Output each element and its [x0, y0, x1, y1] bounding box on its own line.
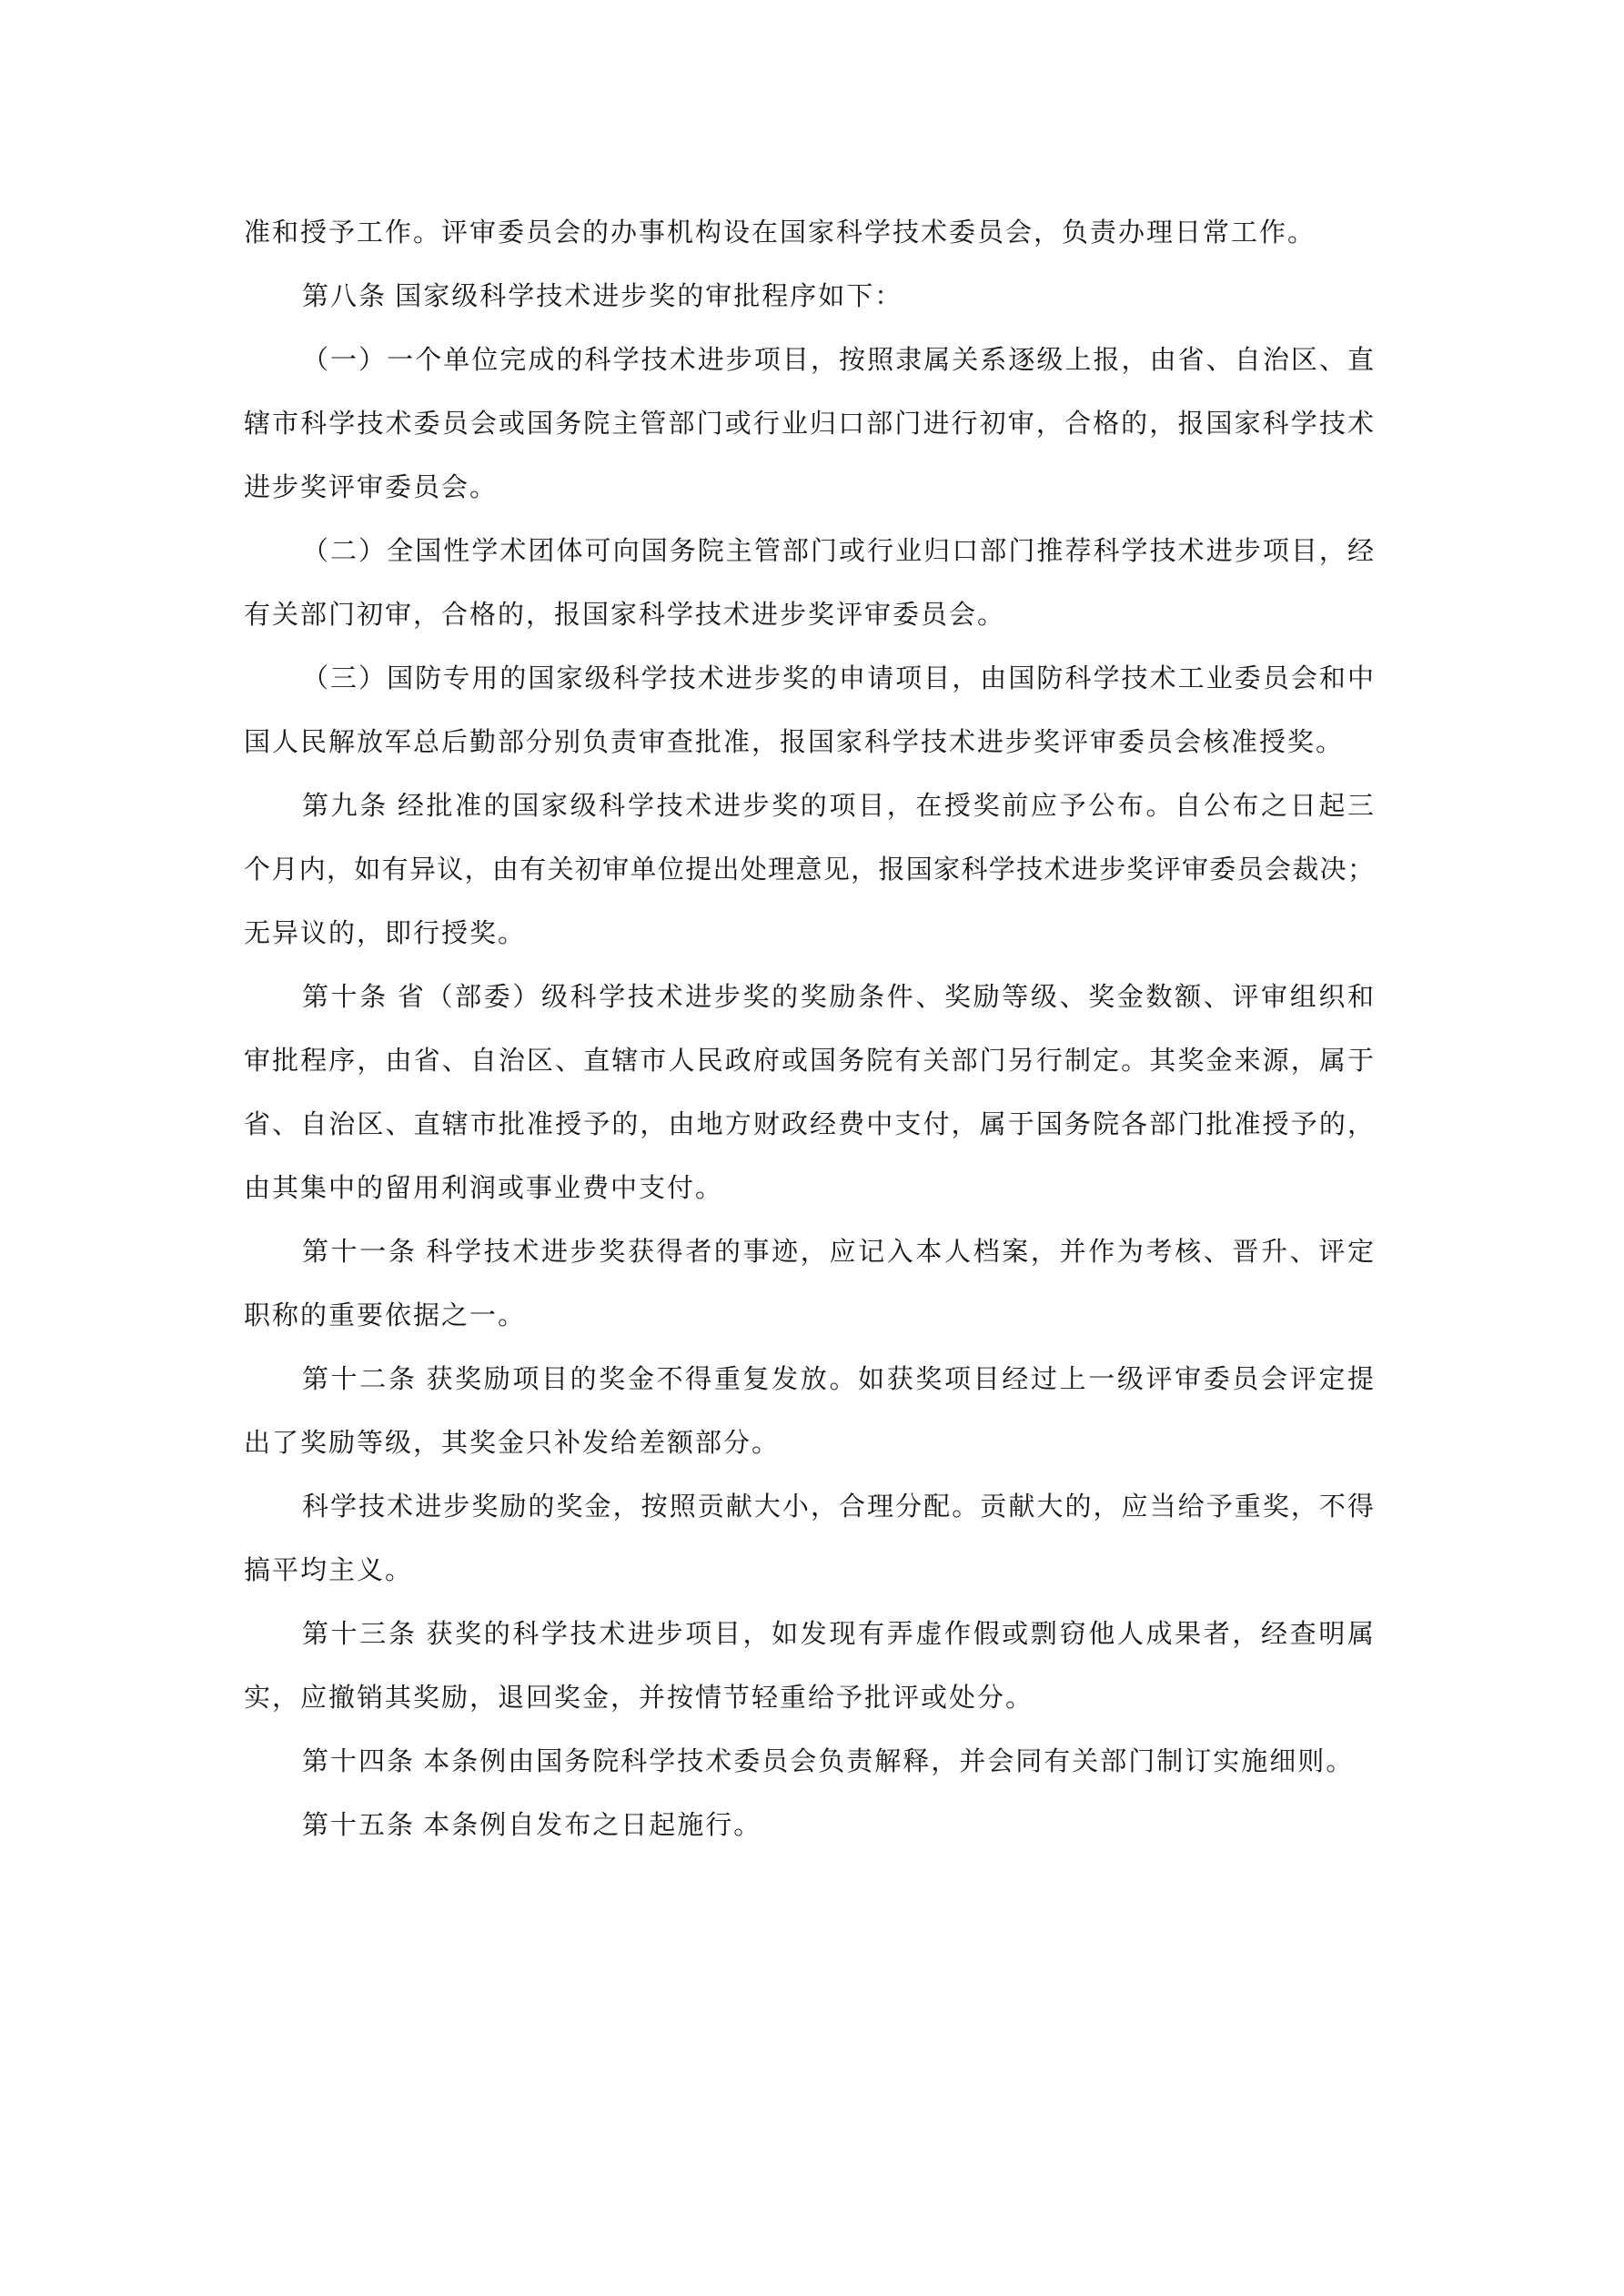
text-line: 第十一条 科学技术进步奖获得者的事迹，应记入本人档案，并作为考核、晋升、评定 — [244, 1220, 1374, 1284]
text-line: 无异议的，即行授奖。 — [244, 902, 1374, 966]
text-line: 搞平均主义。 — [244, 1539, 1374, 1603]
document-body: 准和授予工作。评审委员会的办事机构设在国家科学技术委员会，负责办理日常工作。 第… — [244, 201, 1374, 1857]
text-line: 辖市科学技术委员会或国务院主管部门或行业归口部门进行初审，合格的，报国家科学技术 — [244, 392, 1374, 456]
text-line: 第十四条 本条例由国务院科学技术委员会负责解释，并会同有关部门制订实施细则。 — [244, 1730, 1374, 1794]
text-line: 第十条 省（部委）级科学技术进步奖的奖励条件、奖励等级、奖金数额、评审组织和 — [244, 966, 1374, 1029]
text-line: （一）一个单位完成的科学技术进步项目，按照隶属关系逐级上报，由省、自治区、直 — [244, 329, 1374, 392]
text-line: 准和授予工作。评审委员会的办事机构设在国家科学技术委员会，负责办理日常工作。 — [244, 201, 1374, 265]
text-line: 由其集中的留用利润或事业费中支付。 — [244, 1157, 1374, 1220]
text-line: 审批程序，由省、自治区、直辖市人民政府或国务院有关部门另行制定。其奖金来源，属于 — [244, 1029, 1374, 1093]
text-line: 第十二条 获奖励项目的奖金不得重复发放。如获奖项目经过上一级评审委员会评定提 — [244, 1348, 1374, 1411]
text-line: 国人民解放军总后勤部分别负责审查批准，报国家科学技术进步奖评审委员会核准授奖。 — [244, 711, 1374, 774]
text-line: 实，应撤销其奖励，退回奖金，并按情节轻重给予批评或处分。 — [244, 1666, 1374, 1730]
text-line: 出了奖励等级，其奖金只补发给差额部分。 — [244, 1411, 1374, 1475]
text-line: 进步奖评审委员会。 — [244, 456, 1374, 520]
text-line: 个月内，如有异议，由有关初审单位提出处理意见，报国家科学技术进步奖评审委员会裁决… — [244, 838, 1374, 902]
text-line: 有关部门初审，合格的，报国家科学技术进步奖评审委员会。 — [244, 583, 1374, 647]
document-page: 准和授予工作。评审委员会的办事机构设在国家科学技术委员会，负责办理日常工作。 第… — [0, 0, 1624, 2296]
text-line: （三）国防专用的国家级科学技术进步奖的申请项目，由国防科学技术工业委员会和中 — [244, 647, 1374, 711]
text-line: 省、自治区、直辖市批准授予的，由地方财政经费中支付，属于国务院各部门批准授予的， — [244, 1093, 1374, 1157]
text-line: 第十三条 获奖的科学技术进步项目，如发现有弄虚作假或剽窃他人成果者，经查明属 — [244, 1603, 1374, 1666]
text-line: 第十五条 本条例自发布之日起施行。 — [244, 1794, 1374, 1857]
text-line: （二）全国性学术团体可向国务院主管部门或行业归口部门推荐科学技术进步项目，经 — [244, 520, 1374, 583]
text-line: 第九条 经批准的国家级科学技术进步奖的项目，在授奖前应予公布。自公布之日起三 — [244, 774, 1374, 838]
text-line: 职称的重要依据之一。 — [244, 1284, 1374, 1348]
text-line: 科学技术进步奖励的奖金，按照贡献大小，合理分配。贡献大的，应当给予重奖，不得 — [244, 1475, 1374, 1539]
text-line: 第八条 国家级科学技术进步奖的审批程序如下： — [244, 265, 1374, 329]
